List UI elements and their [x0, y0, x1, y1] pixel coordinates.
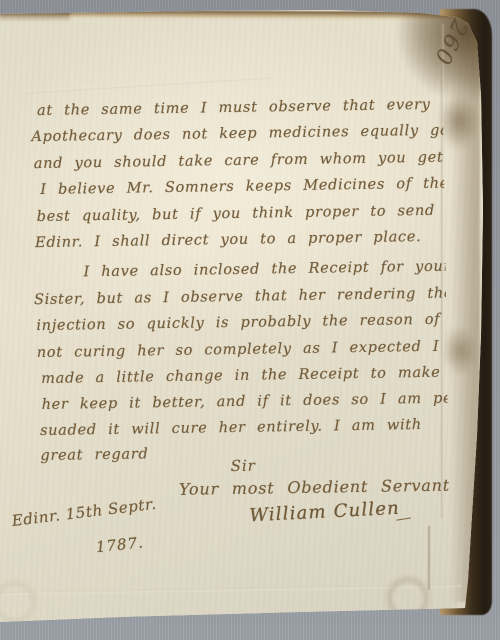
manuscript-photo: 260 at the same time I must observe that… [0, 0, 500, 640]
letter-line: great regard [40, 446, 148, 464]
letter-line: best quality, but if you think proper to… [37, 202, 452, 225]
stain-right-middle [442, 326, 478, 376]
letter-line: not curing her so completely as I expect… [37, 338, 452, 361]
right-edge-shading [450, 18, 480, 602]
stain-right-upper [438, 92, 480, 150]
letter-line: suaded it will cure her entirely. I am w… [40, 417, 422, 439]
closing-servant-line: Your most Obedient Servant [179, 476, 450, 499]
dateline-year: 1787. [95, 533, 145, 556]
letter-line: injection so quickly is probably the rea… [36, 311, 451, 334]
letter-line: I have also inclosed the Receipt for you… [83, 259, 451, 281]
letter-line: Edinr. I shall direct you to a proper pl… [35, 229, 422, 251]
letter-line: made a little change in the Receipt to m… [41, 365, 441, 387]
closing-salutation: Sir [230, 457, 256, 475]
signature-flourish: — [394, 507, 413, 528]
letter-line: and you should take care from whom you g… [34, 149, 452, 172]
signature: William Cullen [249, 498, 401, 527]
letter-line: Sister, but as I observe that her render… [34, 286, 451, 309]
manuscript-page: 260 at the same time I must observe that… [0, 0, 500, 640]
letter-line: I believe Mr. Somners keeps Medicines of… [40, 176, 449, 198]
letter-body: at the same time I must observe that eve… [0, 0, 451, 640]
letter-line: at the same time I must observe that eve… [37, 97, 431, 119]
letter-line: her keep it better, and if it does so I … [42, 390, 452, 413]
letter-line: Apothecary does not keep medicines equal… [31, 122, 451, 145]
dateline-place: Edinr. 15th Septr. [11, 495, 158, 530]
